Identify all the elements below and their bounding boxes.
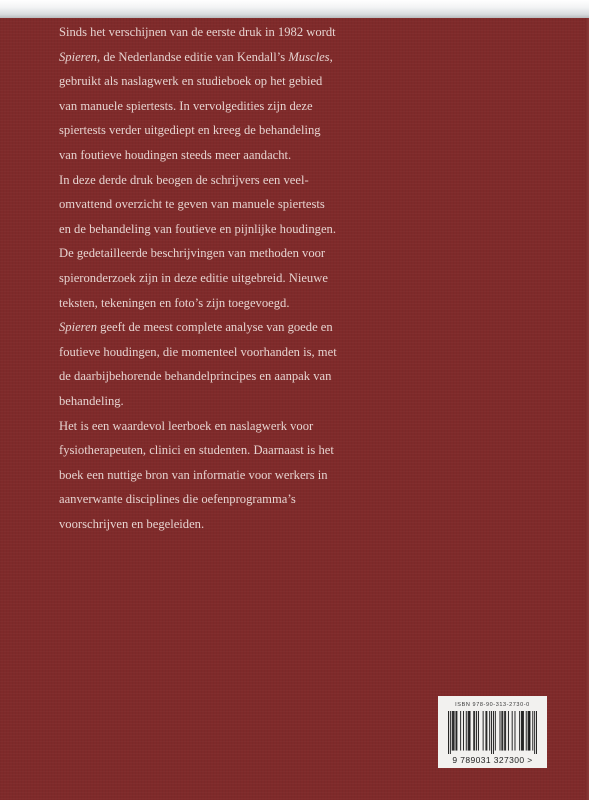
cover-blurb: Sinds het verschijnen van de eerste druk… [59, 20, 329, 536]
blurb-line: van manuele spiertests. In vervolgeditie… [59, 94, 329, 119]
blurb-line: van foutieve houdingen steeds meer aanda… [59, 143, 329, 168]
blurb-text: behandeling. [59, 394, 124, 408]
book-title-italic: Spieren [59, 50, 97, 64]
blurb-text: , [330, 50, 333, 64]
blurb-text: spiertests verder uitgediept en kreeg de… [59, 123, 321, 137]
blurb-line: spiertests verder uitgediept en kreeg de… [59, 118, 329, 143]
blurb-line: de daarbijbehorende behandelprincipes en… [59, 364, 329, 389]
blurb-text: teksten, tekeningen en foto’s zijn toege… [59, 296, 289, 310]
isbn-label: ISBN 978-90-313-2730-0 [438, 702, 547, 708]
blurb-text: de daarbijbehorende behandelprincipes en… [59, 369, 331, 383]
blurb-text: fysiotherapeuten, clinici en studenten. … [59, 443, 334, 457]
blurb-line: spieronderzoek zijn in deze editie uitge… [59, 266, 329, 291]
blurb-text: van foutieve houdingen steeds meer aanda… [59, 148, 291, 162]
blurb-text: In deze derde druk beogen de schrijvers … [59, 173, 309, 187]
barcode-bars [448, 711, 537, 754]
blurb-line: Spieren geeft de meest complete analyse … [59, 315, 329, 340]
barcode-digits: 9 789031 327300 > [438, 755, 547, 765]
blurb-text: Het is een waardevol leerboek en naslagw… [59, 419, 313, 433]
isbn-barcode: ISBN 978-90-313-2730-0 9 789031 327300 > [438, 696, 547, 768]
blurb-text: voorschrijven en begeleiden. [59, 517, 204, 531]
book-spine-edge [585, 18, 589, 800]
blurb-text: spieronderzoek zijn in deze editie uitge… [59, 271, 328, 285]
blurb-line: en de behandeling van foutieve en pijnli… [59, 217, 329, 242]
blurb-text: boek een nuttige bron van informatie voo… [59, 468, 328, 482]
blurb-text: Sinds het verschijnen van de eerste druk… [59, 25, 336, 39]
book-title-italic: Muscles [288, 50, 329, 64]
book-top-edge [0, 0, 589, 18]
blurb-line: teksten, tekeningen en foto’s zijn toege… [59, 291, 329, 316]
blurb-line: fysiotherapeuten, clinici en studenten. … [59, 438, 329, 463]
blurb-text: en de behandeling van foutieve en pijnli… [59, 222, 336, 236]
blurb-line: boek een nuttige bron van informatie voo… [59, 463, 329, 488]
blurb-text: aanverwante disciplines die oefenprogram… [59, 492, 296, 506]
book-title-italic: Spieren [59, 320, 97, 334]
blurb-text: van manuele spiertests. In vervolgeditie… [59, 99, 313, 113]
blurb-text: foutieve houdingen, die momenteel voorha… [59, 345, 337, 359]
blurb-text: gebruikt als naslagwerk en studieboek op… [59, 74, 322, 88]
blurb-line: aanverwante disciplines die oefenprogram… [59, 487, 329, 512]
blurb-text: De gedetailleerde beschrijvingen van met… [59, 246, 325, 260]
blurb-text: , de Nederlandse editie van Kendall’s [97, 50, 288, 64]
blurb-text: geeft de meest complete analyse van goed… [97, 320, 333, 334]
blurb-line: In deze derde druk beogen de schrijvers … [59, 168, 329, 193]
blurb-line: behandeling. [59, 389, 329, 414]
blurb-line: foutieve houdingen, die momenteel voorha… [59, 340, 329, 365]
blurb-line: voorschrijven en begeleiden. [59, 512, 329, 537]
blurb-line: omvattend overzicht te geven van manuele… [59, 192, 329, 217]
blurb-text: omvattend overzicht te geven van manuele… [59, 197, 325, 211]
blurb-line: gebruikt als naslagwerk en studieboek op… [59, 69, 329, 94]
blurb-line: De gedetailleerde beschrijvingen van met… [59, 241, 329, 266]
blurb-line: Spieren, de Nederlandse editie van Kenda… [59, 45, 329, 70]
blurb-line: Sinds het verschijnen van de eerste druk… [59, 20, 329, 45]
blurb-line: Het is een waardevol leerboek en naslagw… [59, 414, 329, 439]
